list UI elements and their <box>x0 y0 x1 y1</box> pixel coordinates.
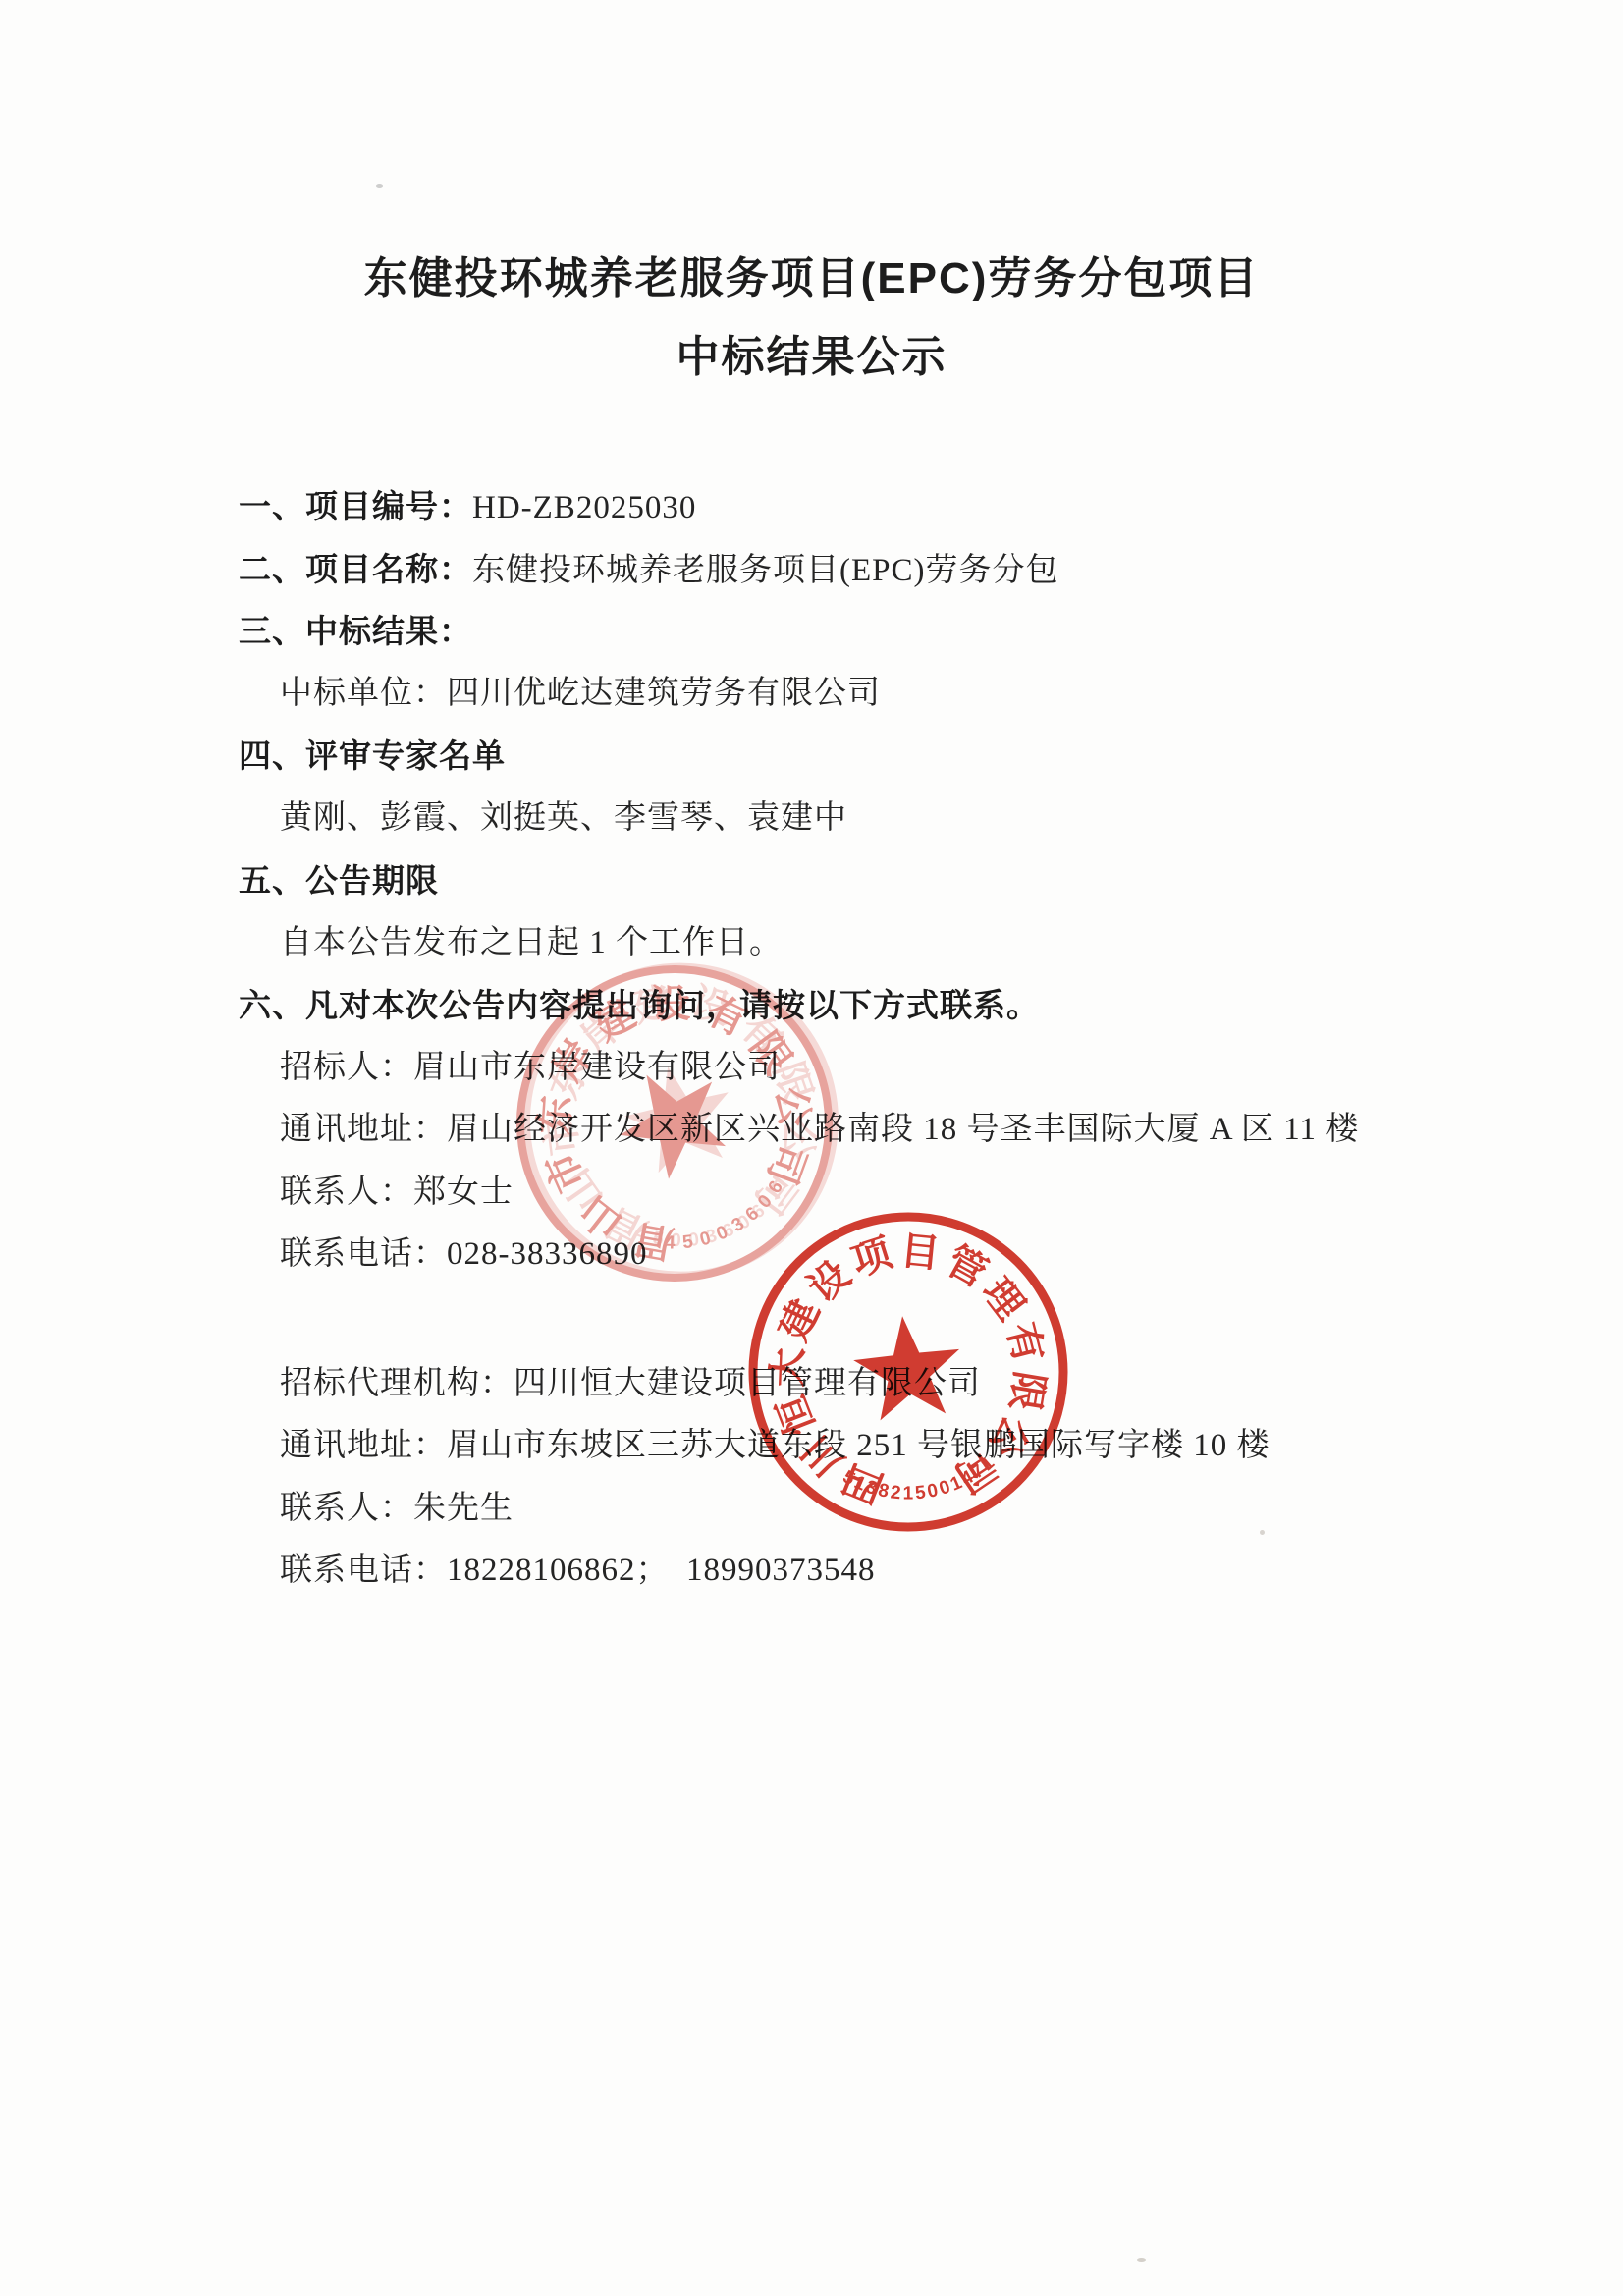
line-experts-heading: 四、评审专家名单 <box>239 725 1564 788</box>
item-heading: 评审专家名单 <box>305 738 506 774</box>
item-heading: 凡对本次公告内容提出询问，请按以下方式联系。 <box>305 987 1040 1023</box>
document-title: 东健投环城养老服务项目(EPC)劳务分包项目 中标结果公示 <box>0 240 1623 397</box>
line-project-number: 一、项目编号：HD-ZB2025030 <box>239 475 1564 538</box>
item-value: 自本公告发布之日起 1 个工作日。 <box>280 925 783 960</box>
scan-speck <box>376 184 383 188</box>
line-tenderer-address: 通讯地址：眉山经济开发区新区兴业路南段 18 号圣丰国际大厦 A 区 11 楼 <box>239 1099 1564 1162</box>
line-award-winner: 中标单位：四川优屹达建筑劳务有限公司 <box>239 663 1564 726</box>
item-heading: 项目编号： <box>305 488 472 524</box>
item-heading: 项目名称： <box>305 551 472 587</box>
item-value: 联系人：郑女士 <box>280 1175 514 1210</box>
item-heading: 公告期限 <box>305 862 439 899</box>
item-number: 三、 <box>239 600 305 663</box>
item-value: 通讯地址：眉山市东坡区三苏大道东段 251 号银鹏国际写字楼 10 楼 <box>280 1428 1271 1463</box>
item-number: 六、 <box>239 974 305 1037</box>
title-line-2: 中标结果公示 <box>0 318 1623 397</box>
scan-speck <box>1260 1530 1265 1535</box>
scanned-document-page: 东健投环城养老服务项目(EPC)劳务分包项目 中标结果公示 一、项目编号：HD-… <box>0 0 1623 2296</box>
line-agency-name: 招标代理机构：四川恒大建设项目管理有限公司 <box>239 1353 1564 1416</box>
line-tenderer-name: 招标人：眉山市东岸建设有限公司 <box>239 1037 1564 1100</box>
line-notice-period-value: 自本公告发布之日起 1 个工作日。 <box>239 912 1564 975</box>
document-body: 一、项目编号：HD-ZB2025030 二、项目名称：东健投环城养老服务项目(E… <box>239 475 1564 1603</box>
line-notice-period-heading: 五、公告期限 <box>239 849 1564 912</box>
item-value: 黄刚、彭霞、刘挺英、李雪琴、袁建中 <box>280 800 847 836</box>
line-agency-phone: 联系电话：18228106862； 18990373548 <box>239 1540 1564 1603</box>
item-value: HD-ZB2025030 <box>472 490 696 525</box>
line-contact-heading: 六、凡对本次公告内容提出询问，请按以下方式联系。 <box>239 974 1564 1037</box>
item-value: 招标人：眉山市东岸建设有限公司 <box>280 1050 781 1085</box>
line-project-name: 二、项目名称：东健投环城养老服务项目(EPC)劳务分包 <box>239 538 1564 601</box>
line-agency-address: 通讯地址：眉山市东坡区三苏大道东段 251 号银鹏国际写字楼 10 楼 <box>239 1415 1564 1478</box>
title-line-1: 东健投环城养老服务项目(EPC)劳务分包项目 <box>0 240 1623 318</box>
scan-speck <box>1137 2258 1146 2262</box>
item-value: 联系电话：028-38336890 <box>280 1236 648 1272</box>
item-value: 中标单位：四川优屹达建筑劳务有限公司 <box>280 676 881 711</box>
line-tenderer-phone: 联系电话：028-38336890 <box>239 1224 1564 1286</box>
item-number: 一、 <box>239 475 305 538</box>
line-agency-contact-person: 联系人：朱先生 <box>239 1478 1564 1541</box>
line-award-result-heading: 三、中标结果： <box>239 600 1564 663</box>
line-experts-names: 黄刚、彭霞、刘挺英、李雪琴、袁建中 <box>239 788 1564 850</box>
item-number: 四、 <box>239 725 305 788</box>
item-number: 五、 <box>239 849 305 912</box>
item-value: 联系人：朱先生 <box>280 1491 514 1526</box>
item-value: 东健投环城养老服务项目(EPC)劳务分包 <box>472 553 1059 588</box>
item-number: 二、 <box>239 538 305 601</box>
item-value: 联系电话：18228106862； 18990373548 <box>280 1553 876 1588</box>
line-tenderer-contact-person: 联系人：郑女士 <box>239 1162 1564 1225</box>
item-heading: 中标结果： <box>305 613 472 649</box>
item-value: 招标代理机构：四川恒大建设项目管理有限公司 <box>280 1366 981 1401</box>
item-value: 通讯地址：眉山经济开发区新区兴业路南段 18 号圣丰国际大厦 A 区 11 楼 <box>280 1112 1359 1147</box>
